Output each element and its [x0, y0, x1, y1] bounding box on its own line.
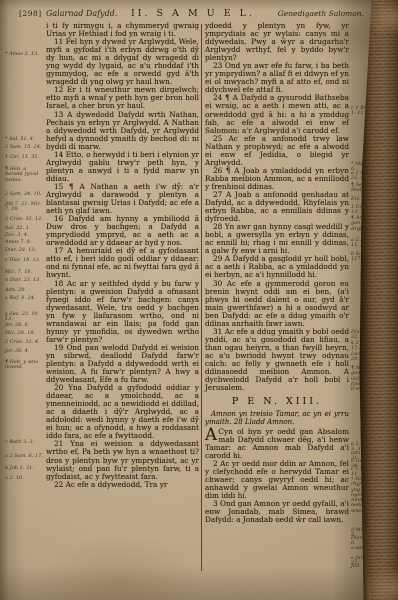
margin-note: b Job 1. 21.	[2, 466, 44, 471]
verse-paragraph: 2 Ac yr oedd mor ddin ar Amnon, fel y cl…	[205, 460, 349, 500]
verse-paragraph: 16 Dafydd am hynny a ymbiliodd â Duw dro…	[46, 215, 199, 247]
margin-note: Jer. 36. 4.	[2, 349, 44, 354]
margin-note: Sal. 32. 1.	[2, 226, 44, 231]
verse-paragraph: 19 Ond pan welodd Dafydd ei weision yn s…	[46, 344, 199, 384]
verse-paragraph: 13 A dywedodd Dafydd wrth Nathan, Pechai…	[46, 111, 199, 151]
verse-paragraph: i ti fy nirmygu i, a chymmeryd gwraig Ur…	[46, 22, 199, 38]
verse-paragraph: 3 Ond gan Amnon yr oedd gyfaill, a'i enw…	[205, 500, 349, 524]
book-page-scan: [298] Galarnad Dafydd. II. S A M U E L. …	[0, 0, 398, 600]
margin-note: * Sal. 51. 4.	[2, 137, 44, 142]
margin-note: ¶ Heb. y wna niweid.	[2, 360, 44, 371]
margin-note: ¶ Heb. a barodd fyned heibio.	[2, 167, 44, 183]
chapter-argument: Amnon yn treisio Tamar, ac yn ei yrru ym…	[205, 410, 349, 426]
margin-note: n Diar. 23. 13.	[2, 278, 44, 283]
running-head-left: Galarnad Dafydd.	[46, 9, 117, 18]
drop-cap-initial: A	[205, 428, 218, 443]
verse-paragraph: 18 Ac ar y seithfed dydd y bu farw y ple…	[46, 280, 199, 344]
margin-note: y Zec. 23. 10, 13.	[2, 312, 44, 323]
verse-paragraph: ydoedd y plentyn yn fyw, yr ymprydiais a…	[205, 22, 349, 62]
verse-paragraph: 21 Yna ei weision a ddywedasant wrtho ef…	[46, 440, 199, 480]
text-column-left: i ti fy nirmygu i, a chymmeryd gwraig Ur…	[46, 22, 199, 489]
margin-note: Jer. 26. 6.	[2, 323, 44, 328]
margin-note: Zec. 3. 4.	[2, 233, 44, 238]
running-head-right: Genedigaeth Salomon.	[262, 9, 364, 18]
margin-note: 2 Cron. 33. 12.	[2, 217, 44, 222]
margin-note: Amos 7. 8.	[2, 240, 44, 245]
verse-paragraph: 17 A henuriaid ei dŷ ef a gyfodasant att…	[46, 247, 199, 279]
verse-paragraph: 23 Ond yn awr efe fu farw, i ba beth yr …	[205, 62, 349, 94]
verse-paragraph: 14 Etto, o herwydd i ti beri i elynion y…	[46, 151, 199, 183]
verse-paragraph: 25 Ac efe a anfonodd trwy law Nathan y p…	[205, 135, 349, 167]
book-title: II. S A M U E L.	[118, 8, 268, 19]
verse-paragraph: 30 Ac efe a gymmerodd goron eu brenin hw…	[205, 280, 349, 328]
left-margin-notes: * Amos 3. 13.* Sal. 51. 4.2 Sam. 15. 24.…	[2, 0, 44, 600]
verse-paragraph: 20 Yna Dafydd a gyfododd oddiar y ddaear…	[46, 384, 199, 440]
margin-note: c Ruth 3. 3.	[2, 440, 44, 445]
verse-paragraph: 26 ¶ A Joab a ymladdodd yn erbyn Rabba m…	[205, 167, 349, 191]
margin-note: 1 Cor. 11. 32.	[2, 155, 44, 160]
margin-note: Adn. 20.	[2, 288, 44, 293]
verse-paragraph: ACyn ol hyn yr oedd gan Absalom mab Dafy…	[205, 428, 349, 460]
verse-paragraph: 11 Fel hyn y dywed yr Arglwydd, Wele, my…	[46, 38, 199, 86]
verse-paragraph: 29 A Dafydd a gasglodd yr holl bobl, ac …	[205, 255, 349, 279]
verse-paragraph: 31 Ac efe a ddug ymaith y bobl oedd yndd…	[205, 328, 349, 392]
margin-note: * Amos 3. 13.	[2, 52, 44, 57]
margin-note: 2 Sam. 15. 24.	[2, 145, 44, 150]
margin-note: Job 7. 21. Mic. 7. 18.	[2, 202, 44, 213]
margin-note: Diar. 28. 13.	[2, 248, 44, 253]
verse-paragraph: 24 ¶ A Dafydd a gysurodd Bathseba ei wra…	[205, 94, 349, 134]
verse-paragraph: 27 A Joab a anfonodd genhadau at Dafydd,…	[205, 191, 349, 223]
chapter-heading: P E N. XIII.	[205, 396, 349, 408]
verse-paragraph: 22 Ac efe a ddywedodd, Tra yr	[46, 481, 199, 489]
margin-note: x Ruf. 8. 24.	[2, 296, 44, 301]
margin-note: Mic. 7. 18.	[2, 270, 44, 275]
margin-note: 2 Cron. 33. 4.	[2, 340, 44, 345]
text-column-right: ydoedd y plentyn yn fyw, yr ymprydiais a…	[205, 22, 349, 524]
verse-paragraph: 15 ¶ A Nathan a aeth i'w dŷ: a'r Arglwyd…	[46, 183, 199, 215]
margin-note: c Diar. 18. 13.	[2, 258, 44, 263]
verse-paragraph: 28 Yn awr gan hynny casgl weddill y bobl…	[205, 223, 349, 255]
margin-note: 2 Sam. 24. 10.	[2, 192, 44, 197]
column-divider-rule	[201, 24, 202, 571]
margin-note: a 2 Sam. 6. 17.	[2, 454, 44, 459]
margin-note: Mic. 26. 16.	[2, 331, 44, 336]
margin-note: a 2. 10.	[2, 476, 44, 481]
verse-paragraph: 12 Er i ti wneuthur mewn dirgelwch; etto…	[46, 86, 199, 110]
page-header: [298] Galarnad Dafydd. II. S A M U E L. …	[0, 0, 398, 22]
